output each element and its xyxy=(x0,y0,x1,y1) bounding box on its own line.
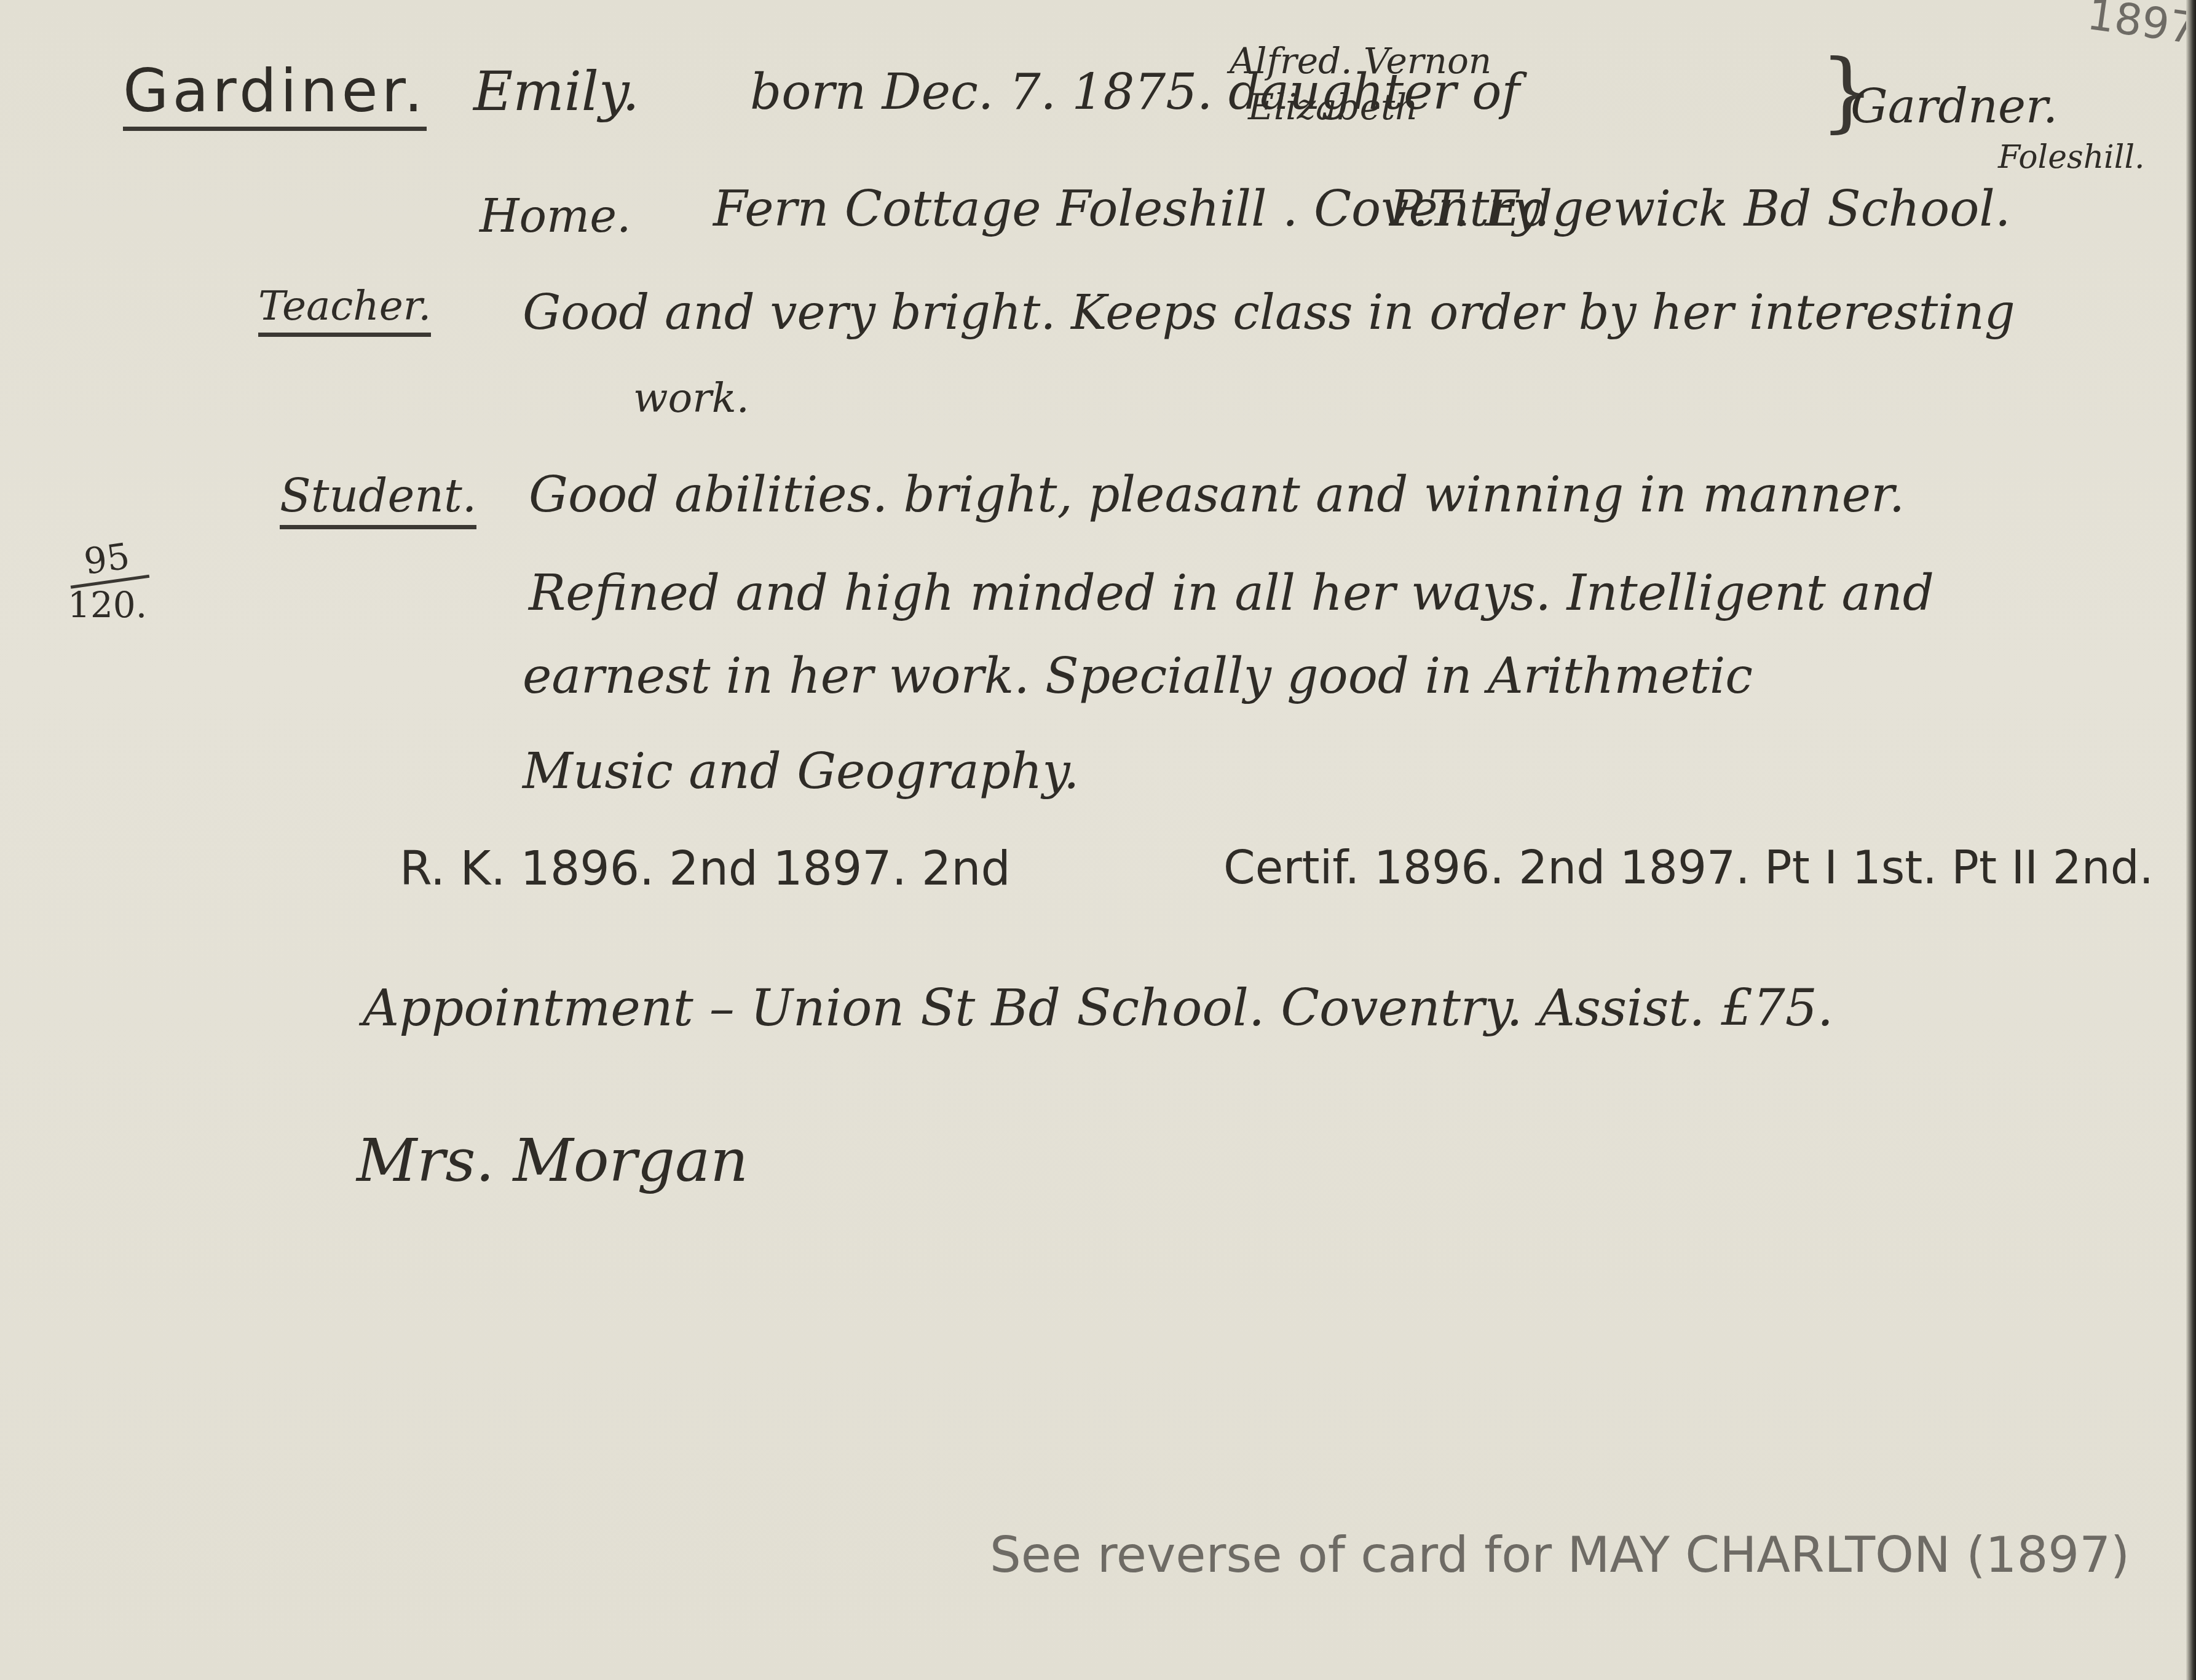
score-fraction: 95 120. xyxy=(68,541,147,623)
mother-name: Elizabeth xyxy=(1248,89,1418,125)
married-name: Mrs. Morgan xyxy=(357,1131,748,1190)
teacher-remark-line: Good and very bright. Keeps class in ord… xyxy=(523,289,2015,337)
certificate-exam-results: Certif. 1896. 2nd 1897. Pt I 1st. Pt II … xyxy=(1223,845,2154,891)
home-label: Home. xyxy=(480,194,631,239)
student-remark-line: Refined and high minded in all her ways.… xyxy=(529,569,1934,618)
student-remark-line: earnest in her work. Specially good in A… xyxy=(523,652,1753,701)
father-name: Alfred. Vernon xyxy=(1230,43,1491,79)
pencil-reverse-note: See reverse of card for MAY CHARLTON (18… xyxy=(990,1531,2130,1580)
rk-exam-results: R. K. 1896. 2nd 1897. 2nd xyxy=(400,845,1011,892)
student-remark-line: Good abilities. bright, pleasant and win… xyxy=(529,470,1905,519)
first-name: Emily. xyxy=(473,65,639,119)
student-label: Student. xyxy=(280,473,476,529)
pencil-corner-year: 1897 xyxy=(2085,0,2196,50)
card-edge-shadow xyxy=(2186,0,2196,1680)
score-denominator: 120. xyxy=(68,583,147,623)
score-numerator: 95 xyxy=(65,535,149,588)
pupil-teacher-school: P.T. Edgewick Bd School. xyxy=(1389,184,2010,234)
appointment: Appointment – Union St Bd School. Covent… xyxy=(363,984,1833,1034)
surname: Gardiner. xyxy=(123,61,427,131)
school-annotation: Foleshill. xyxy=(1998,141,2145,173)
parents-family-name: Gardner. xyxy=(1850,83,2058,130)
record-card: 1897 Gardiner. Emily. born Dec. 7. 1875.… xyxy=(0,0,2186,1680)
teacher-remark-line: work. xyxy=(633,378,749,419)
student-remark-line: Music and Geography. xyxy=(523,747,1079,796)
teacher-label: Teacher. xyxy=(258,286,431,337)
